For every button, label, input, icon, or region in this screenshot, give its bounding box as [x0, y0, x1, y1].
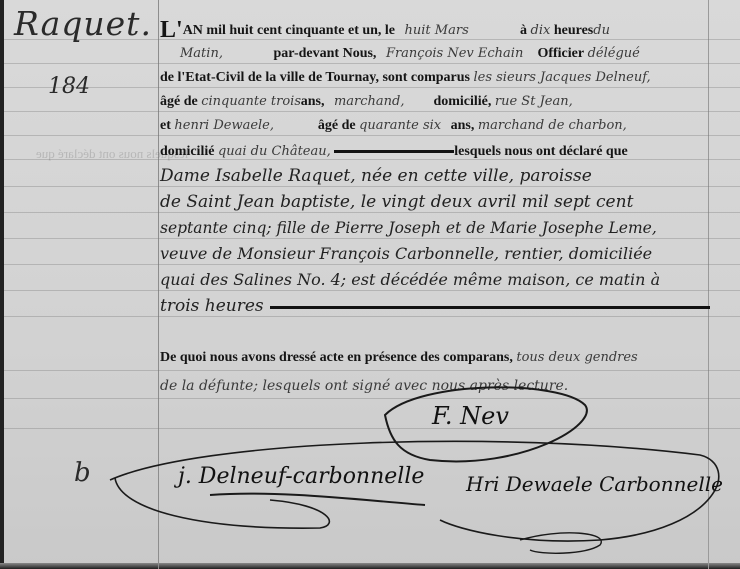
closing-line-1: De quoi nous avons dressé acte en présen… [160, 346, 720, 370]
signature-official: F. Nev [432, 402, 509, 430]
hand-address: quai du Château, [218, 144, 331, 159]
body-line-5: quai des Salines No. 4; est décédée même… [160, 268, 720, 292]
body-line-6: trois heures [160, 294, 720, 318]
page-bottom-edge [0, 563, 740, 569]
hand-hour: dix [531, 23, 551, 38]
record-line-4: âgé de cinquante trois ans, marchand, do… [160, 90, 720, 114]
hand-witnesses: les sieurs Jacques Delneuf, [473, 70, 650, 85]
hand-body: septante cinq; fille de Pierre Joseph et… [160, 219, 657, 237]
hand-text: de la défunte; lesquels ont signé avec n… [160, 378, 568, 394]
hand-witness-name: henri Dewaele, [174, 114, 314, 138]
hand-occupation: marchand de charbon, [478, 118, 627, 133]
printed-text: par-devant Nous, [274, 46, 377, 61]
dropcap: L' [160, 17, 183, 43]
hand-text: du [593, 23, 610, 38]
record-number: 184 [48, 74, 90, 99]
hand-text: délégué [588, 46, 640, 61]
body-line-1: Dame Isabelle Raquet, née en cette ville… [160, 164, 720, 188]
printed-text: ans, [301, 94, 325, 109]
record-line-3: de l'Etat-Civil de la ville de Tournay, … [160, 66, 720, 90]
record-line-1: L'AN mil huit cent cinquante et un, le h… [160, 18, 720, 42]
margin-surname: Raquet. [14, 4, 152, 43]
body-line-2: de Saint Jean baptiste, le vingt deux av… [160, 190, 720, 214]
printed-text: De quoi nous avons dressé acte en présen… [160, 350, 513, 365]
printed-text: lesquels nous ont déclaré que [454, 144, 627, 159]
record-line-2: Matin, par-devant Nous, François Nev Ech… [160, 42, 720, 66]
hand-text: tous deux gendres [516, 350, 637, 365]
hand-occupation: marchand, [334, 90, 430, 114]
hand-age: quarante six [359, 114, 447, 138]
ruled-line [4, 398, 740, 399]
ruled-line [4, 370, 740, 371]
ruled-line [4, 428, 740, 429]
printed-text: AN mil huit cent cinquante et un, le [183, 23, 395, 38]
document-page: lesquels nous ont déclaré que Raquet. 18… [0, 0, 740, 569]
hand-body: de Saint Jean baptiste, le vingt deux av… [160, 192, 633, 212]
hand-body: Dame Isabelle Raquet, née en cette ville… [160, 166, 592, 186]
signature-witness-2: Hri Dewaele Carbonnelle [466, 472, 723, 496]
record-line-5: et henri Dewaele, âgé de quarante six an… [160, 114, 720, 138]
hand-time-of-day: Matin, [180, 42, 270, 66]
hand-age: cinquante trois [201, 90, 297, 114]
printed-text: heures [554, 23, 593, 38]
hand-body: veuve de Monsieur François Carbonnelle, … [160, 244, 652, 263]
body-line-4: veuve de Monsieur François Carbonnelle, … [160, 242, 720, 266]
margin-mark: b [74, 458, 91, 488]
printed-text: âgé de [318, 118, 356, 133]
hand-address: rue St Jean, [495, 94, 573, 109]
printed-text: ans, [451, 118, 475, 133]
body-line-3: septante cinq; fille de Pierre Joseph et… [160, 216, 720, 240]
hand-body: quai des Salines No. 4; est décédée même… [160, 270, 660, 289]
fill-stroke [270, 306, 710, 309]
record-line-6: domicilié quai du Château, lesquels nous… [160, 140, 720, 164]
printed-text: âgé de [160, 94, 198, 109]
printed-text: Officier [537, 46, 584, 61]
closing-line-2: de la défunte; lesquels ont signé avec n… [160, 374, 720, 398]
signature-witness-1: j. Delneuf-carbonnelle [178, 464, 424, 489]
hand-date: huit Mars [405, 19, 517, 43]
margin-rule [158, 0, 159, 569]
printed-text: et [160, 118, 171, 133]
page-left-edge [0, 0, 4, 569]
printed-text: domicilié, [433, 94, 491, 109]
printed-text: domicilié [160, 144, 214, 159]
hand-body: trois heures [160, 296, 264, 316]
fill-stroke [334, 150, 454, 153]
printed-text: de l'Etat-Civil de la ville de Tournay, … [160, 70, 470, 85]
printed-text: à [520, 23, 527, 38]
hand-official-name: François Nev Echain [386, 42, 534, 66]
